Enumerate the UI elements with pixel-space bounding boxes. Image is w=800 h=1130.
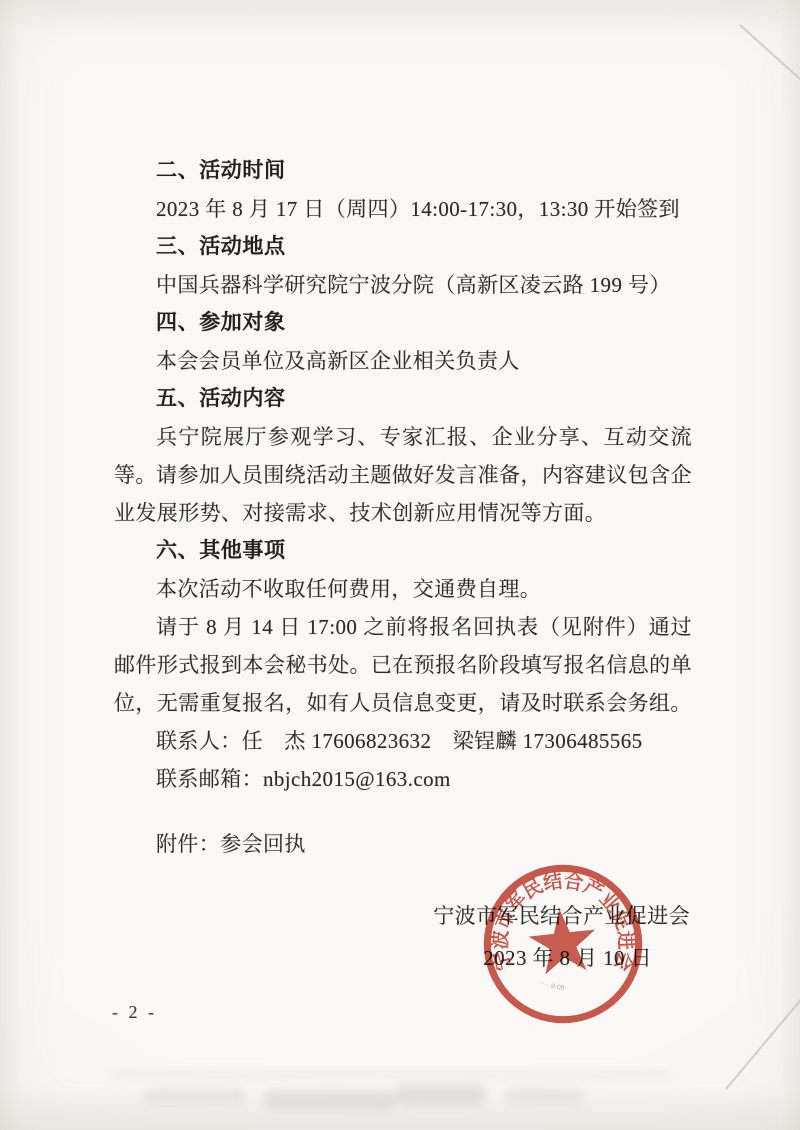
document-body: 二、活动时间 2023 年 8 月 17 日（周四）14:00-17:30，13… <box>114 152 692 977</box>
ink-bleed-smudge <box>265 1090 395 1110</box>
paragraph: 2023 年 8 月 17 日（周四）14:00-17:30，13:30 开始签… <box>114 190 692 228</box>
paragraph: 中国兵器科学研究院宁波分院（高新区凌云路 199 号） <box>114 266 692 304</box>
paragraph: 本次活动不收取任何费用，交通费自理。 <box>114 570 692 608</box>
paragraph: 请参加人员围绕活动主题做好发言准备，内容建议包含企业发展形势、对接需求、技术创新… <box>114 456 692 532</box>
section-heading: 三、活动地点 <box>114 228 692 266</box>
paragraph: 兵宁院展厅参观学习、专家汇报、企业分享、互动交流等。 <box>114 418 692 456</box>
paragraph: 请于 8 月 14 日 17:00 之前将报名回执表（见附件）通过邮件形式报到本… <box>114 608 692 722</box>
star-icon <box>526 905 599 975</box>
section-heading: 二、活动时间 <box>114 152 692 190</box>
ink-bleed-smudge <box>145 1088 245 1104</box>
section-heading: 六、其他事项 <box>114 532 692 570</box>
contact-email-line: 联系邮箱：nbjch2015@163.com <box>114 760 692 798</box>
ink-bleed-smudge <box>395 1084 485 1106</box>
section-heading: 四、参加对象 <box>114 304 692 342</box>
seal-serial: ·····9·09 <box>539 979 565 992</box>
section-heading: 五、活动内容 <box>114 380 692 418</box>
contact-person-line: 联系人：任 杰 17606823632 梁锃麟 17306485565 <box>114 722 692 760</box>
official-seal: 宁波市军民结合产业促进会 ·····9·09 <box>475 856 651 1032</box>
ink-bleed-smudge <box>110 1070 670 1079</box>
page-number: - 2 - <box>112 1002 157 1023</box>
paragraph: 本会会员单位及高新区企业相关负责人 <box>114 342 692 380</box>
ink-bleed-smudge <box>505 1088 583 1104</box>
